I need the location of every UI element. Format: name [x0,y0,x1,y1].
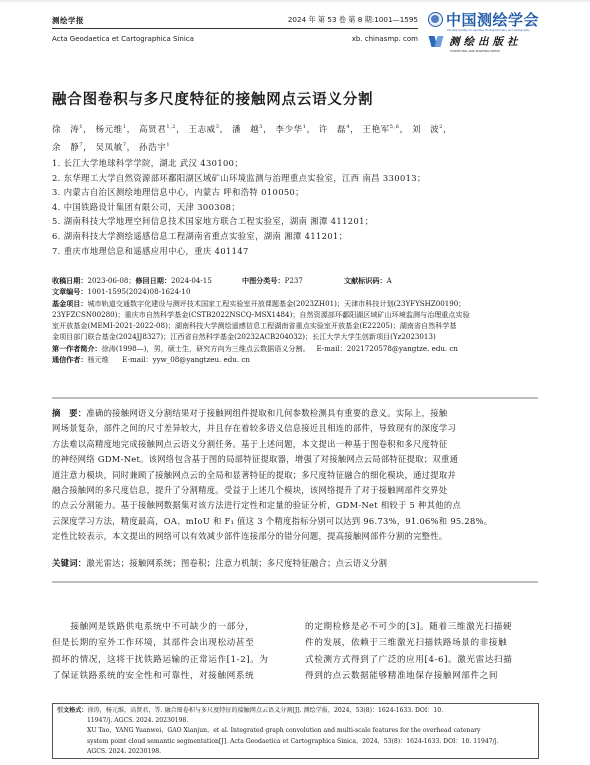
divider-top [52,397,538,399]
citation-label: 引文格式： [57,707,87,714]
fund-row: 基金项目：城市轨道交通数字化建设与测评技术国家工程实验室开放课题基金(2023Z… [52,298,530,309]
affiliation-list: 1. 长江大学地球科学学院，湖北 武汉 430100； 2. 东华理工大学自然资… [52,156,532,258]
affiliation-item: 7. 重庆市地理信息和遥感应用中心，重庆 401147 [52,244,532,259]
author: 潘 越3 [232,125,263,135]
issue-info: 2024 年 第 53 卷 第 8 期:1001—1595 [288,15,418,25]
first-author-row: 第一作者简介：徐涛(1998—)，男，硕士生，研究方向为三维点云数据语义分割。 … [52,343,530,354]
author: 王志威3 [188,125,219,135]
author: 许 磊4 [319,125,350,135]
journal-name-en: Acta Geodaetica et Cartographica Sinica [52,35,194,43]
corresponding-author-row: 通信作者：杨元维 E-mail：yyw_08@yangtzeu. edu. cn [52,354,530,365]
journal-website[interactable]: xb. chinasmp. com [352,35,418,43]
society-name-cn: 中国测绘学会 [446,9,539,30]
author: 刘 波2 [412,125,443,135]
divider-bottom [52,581,538,583]
affiliation-item: 4. 中国铁路设计集团有限公司，天津 300308； [52,200,532,215]
first-author-email[interactable]: E-mail：2021720578@yangtze. edu. cn [316,344,458,353]
press-book-icon [430,36,443,47]
corresponding-email[interactable]: E-mail：yyw_08@yangtzeu. edu. cn [122,355,250,364]
author: 余 静7 [52,143,83,153]
author: 王艳军5,6 [362,125,399,135]
press-name-cn: 测绘出版社 [449,34,522,49]
paper-title: 融合图卷积与多尺度特征的接触网点云语义分割 [52,88,373,109]
affiliation-item: 1. 长江大学地球科学学院，湖北 武汉 430100； [52,156,532,171]
clc-number: P237 [285,275,303,286]
author: 杨元维1 [96,125,127,135]
affiliation-item: 6. 湖南科技大学测绘遥感信息工程湖南省重点实验室，湖南 湘潭 411201； [52,229,532,244]
article-metadata: 收稿日期：2023-06-08；修回日期：2024-04-15 中图分类号：P2… [52,275,530,365]
journal-page: 测绘学报 2024 年 第 53 卷 第 8 期:1001—1595 Acta … [0,0,590,765]
society-name-en: Chinese Society for Geodesy Photogrammet… [447,29,573,32]
article-number: 1001-1595(2024)08-1624-10 [87,287,190,296]
author: 吴凤敏7 [96,143,127,153]
author: 徐 涛1 [52,125,83,135]
publisher-logo: 中国测绘学会 Chinese Society for Geodesy Photo… [428,10,573,50]
journal-name-cn: 测绘学报 [52,15,84,26]
received-date: 2023-06-08； [87,275,135,286]
author: 李少华1 [275,125,306,135]
keywords-label: 关键词： [52,558,86,568]
author-list: 徐 涛1， 杨元维1， 高贤君1,2， 王志威3， 潘 越3， 李少华1， 许 … [52,120,532,156]
running-header-bottom: Acta Geodaetica et Cartographica Sinica … [52,33,418,45]
running-header-top: 测绘学报 2024 年 第 53 卷 第 8 期:1001—1595 [52,14,418,26]
press-name-en: SURVEYING AND MAPPING PRESS [450,49,573,53]
body-column-left: 接触网是铁路供电系统中不可缺少的一部分， 但是长期的室外工作环境，其部件会出现松… [52,619,292,684]
keywords-text: 激光雷达；接触网系统；图卷积；注意力机制；多尺度特征融合；点云语义分割 [86,558,387,568]
page-top-shadow [0,0,590,3]
article-number-row: 文章编号：1001-1595(2024)08-1624-10 [52,286,530,297]
affiliation-item: 2. 东华理工大学自然资源部环鄱阳湖区域矿山环境监测与治理重点实验室，江西 南昌… [52,171,532,186]
dates-row: 收稿日期：2023-06-08；修回日期：2024-04-15 中图分类号：P2… [52,275,530,286]
body-column-right: 的定期检修是必不可少的[3]。随着三维激光扫描硬 件的发展，依赖于三维激光扫描铁… [305,619,545,684]
affiliation-item: 3. 内蒙古自治区测绘地理信息中心，内蒙古 呼和浩特 010050； [52,185,532,200]
abstract: 摘 要：准确的接触网语义分割结果对于接触网组件提取和几何参数检测具有重要的意义。… [52,406,538,545]
fund-row: 23YFZCSN00280)；重庆市自然科学基金(CSTB2022NSCQ-MS… [52,309,530,320]
author: 孙浩宇1 [139,143,170,153]
fund-row: 室开放基金(MEMI-2021-2022-08)；湖南科技大学测绘遥感信息工程湖… [52,320,530,331]
fund-row: 金项目部门联合基金(2024JJ8327)；江西省自然科学基金(20232ACB… [52,331,530,342]
citation-box: 引文格式：徐涛，杨元维，高贤君，等. 融合图卷积与多尺度特征的接触网点云语义分割… [52,703,539,759]
keywords: 关键词：激光雷达；接触网系统；图卷积；注意力机制；多尺度特征融合；点云语义分割 [52,557,538,569]
document-code: A [387,275,392,286]
header-rule [52,28,418,29]
abstract-label: 摘 要： [52,408,86,418]
revised-date: 2024-04-15 [171,275,212,286]
society-globe-icon [428,12,443,27]
author: 高贤君1,2 [139,125,176,135]
affiliation-item: 5. 湖南科技大学地理空间信息技术国家地方联合工程实验室，湖南 湘潭 41120… [52,214,532,229]
